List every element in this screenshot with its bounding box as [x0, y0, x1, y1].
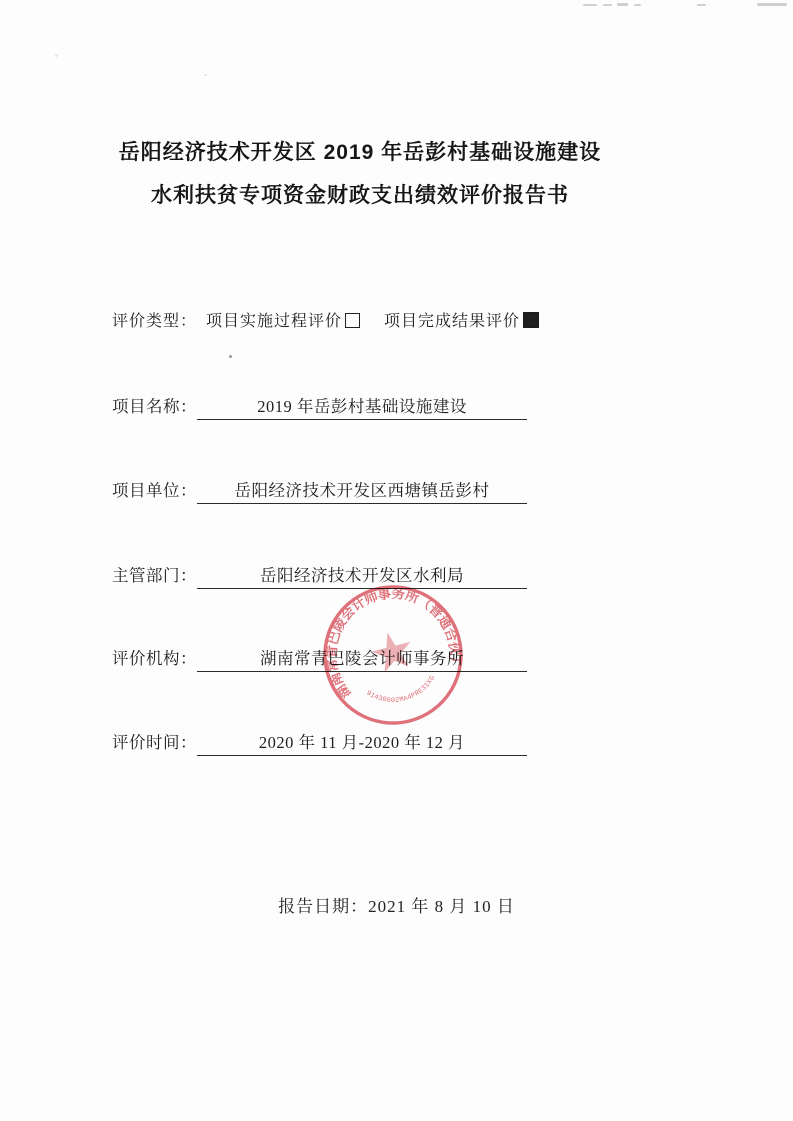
evaluation-agency-underline: 湖南常青巴陵会计师事务所	[197, 646, 527, 672]
scan-artifact	[617, 3, 628, 6]
evaluation-type-row: 评价类型： 项目实施过程评价 项目完成结果评价	[0, 309, 793, 335]
evaluation-option-result-label: 项目完成结果评价	[384, 313, 520, 330]
evaluation-period-underline: 2020 年 11 月-2020 年 12 月	[197, 730, 527, 756]
field-row-evaluation-agency: 评价机构： 湖南常青巴陵会计师事务所	[0, 646, 793, 672]
field-row-project-name: 项目名称： 2019 年岳彭村基础设施建设	[0, 394, 793, 420]
checkbox-checked-icon	[523, 312, 539, 328]
evaluation-agency-label: 评价机构：	[112, 646, 197, 671]
scan-artifact	[204, 74, 207, 76]
scan-artifact	[757, 3, 787, 6]
report-date-value: 2021 年 8 月 10 日	[368, 897, 515, 916]
evaluation-option-process: 项目实施过程评价	[206, 309, 360, 335]
supervising-dept-value: 岳阳经济技术开发区水利局	[260, 566, 464, 585]
scan-artifact	[229, 355, 232, 358]
project-name-underline: 2019 年岳彭村基础设施建设	[197, 394, 527, 420]
field-row-evaluation-period: 评价时间： 2020 年 11 月-2020 年 12 月	[0, 730, 793, 756]
supervising-dept-label: 主管部门：	[112, 563, 197, 588]
scan-artifact	[634, 4, 641, 6]
scan-artifact	[583, 4, 597, 6]
stamp-arc-text: 湖南常青巴陵会计师事务所（普通合伙）	[308, 570, 469, 704]
field-row-supervising-dept: 主管部门： 岳阳经济技术开发区水利局	[0, 563, 793, 589]
report-date-label: 报告日期：	[278, 897, 368, 916]
project-name-label: 项目名称：	[112, 394, 197, 419]
evaluation-period-value: 2020 年 11 月-2020 年 12 月	[259, 733, 465, 752]
field-row-project-unit: 项目单位： 岳阳经济技术开发区西塘镇岳彭村	[0, 478, 793, 504]
stamp-credit-code: 91430602MA4PRE31XG	[363, 673, 441, 713]
project-unit-label: 项目单位：	[112, 478, 197, 503]
evaluation-option-process-label: 项目实施过程评价	[206, 313, 342, 330]
evaluation-type-label: 评价类型：	[112, 309, 197, 335]
scan-artifact	[697, 4, 706, 6]
evaluation-period-label: 评价时间：	[112, 730, 197, 755]
evaluation-option-result: 项目完成结果评价	[384, 309, 539, 335]
project-unit-underline: 岳阳经济技术开发区西塘镇岳彭村	[197, 478, 527, 504]
report-date-row: 报告日期：2021 年 8 月 10 日	[0, 892, 793, 917]
report-cover-page: 岳阳经济技术开发区 2019 年岳彭村基础设施建设 水利扶贫专项资金财政支出绩效…	[0, 0, 793, 1121]
project-unit-value: 岳阳经济技术开发区西塘镇岳彭村	[235, 481, 490, 500]
report-title-line1: 岳阳经济技术开发区 2019 年岳彭村基础设施建设	[40, 138, 680, 168]
supervising-dept-underline: 岳阳经济技术开发区水利局	[197, 563, 527, 589]
evaluation-agency-value: 湖南常青巴陵会计师事务所	[260, 649, 464, 668]
scan-artifact	[603, 4, 612, 6]
scan-artifact	[55, 54, 58, 57]
checkbox-unchecked-icon	[345, 313, 360, 328]
report-title-line2: 水利扶贫专项资金财政支出绩效评价报告书	[40, 181, 680, 211]
report-title: 岳阳经济技术开发区 2019 年岳彭村基础设施建设 水利扶贫专项资金财政支出绩效…	[40, 138, 680, 211]
project-name-value: 2019 年岳彭村基础设施建设	[257, 397, 467, 416]
